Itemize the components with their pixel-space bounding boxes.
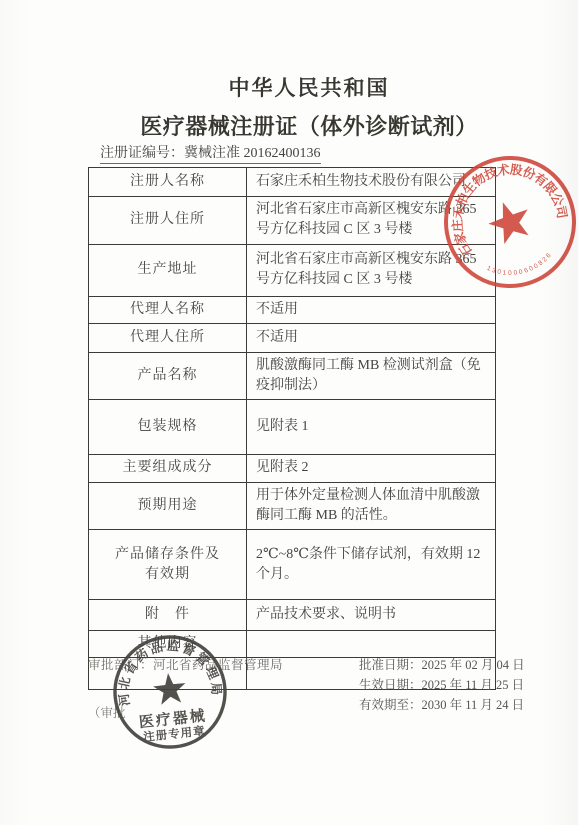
table-row-storage-validity: 产品储存条件及 有效期 2℃~8℃条件下储存试剂，有效期 12 个月。 — [89, 530, 496, 600]
field-label: 代理人名称 — [89, 296, 247, 323]
field-label: 产品名称 — [89, 352, 247, 400]
approval-date-label: 批准日期： — [359, 658, 422, 672]
certificate-title: 医疗器械注册证（体外诊断试剂） — [40, 110, 578, 141]
expiry-date-value: 2030 年 11 月 24 日 — [422, 698, 525, 712]
table-row-packaging-spec: 包装规格 见附表 1 — [89, 400, 496, 455]
registration-number-label: 注册证编号： — [100, 146, 184, 161]
certificate-page: 中华人民共和国 医疗器械注册证（体外诊断试剂） 注册证编号：冀械注准 20162… — [0, 0, 578, 825]
field-value: 河北省石家庄市高新区槐安东路 365 号方亿科技园 C 区 3 号楼 — [247, 197, 496, 245]
field-value: 石家庄禾柏生物技术股份有限公司 — [247, 168, 496, 197]
certificate-header: 中华人民共和国 医疗器械注册证（体外诊断试剂） — [40, 72, 578, 141]
field-label: 包装规格 — [89, 400, 247, 455]
field-label: 附 件 — [89, 600, 247, 631]
table-row-main-components: 主要组成成分 见附表 2 — [89, 455, 496, 482]
field-value: 不适用 — [247, 296, 496, 323]
field-value: 产品技术要求、说明书 — [247, 600, 496, 631]
effective-date-value: 2025 年 11 月 25 日 — [422, 678, 525, 692]
table-row-production-address: 生产地址 河北省石家庄市高新区槐安东路 365 号方亿科技园 C 区 3 号楼 — [89, 244, 496, 296]
field-value: 肌酸激酶同工酶 MB 检测试剂盒（免疫抑制法） — [247, 352, 496, 400]
date-block: 批准日期：2025 年 02 月 04 日 生效日期：2025 年 11 月 2… — [359, 655, 525, 715]
table-row-agent-address: 代理人住所 不适用 — [89, 323, 496, 352]
table-row-registrant-address: 注册人住所 河北省石家庄市高新区槐安东路 365 号方亿科技园 C 区 3 号楼 — [89, 197, 496, 245]
country-title: 中华人民共和国 — [40, 72, 578, 102]
authority-seal-line2: 注册专用章 — [143, 724, 207, 744]
field-value: 见附表 2 — [247, 455, 496, 482]
table-row-registrant-name: 注册人名称 石家庄禾柏生物技术股份有限公司 — [89, 168, 496, 197]
field-value — [247, 631, 496, 658]
field-label: 注册人住所 — [89, 197, 247, 245]
table-row-attachments: 附 件 产品技术要求、说明书 — [89, 600, 496, 631]
field-label: 主要组成成分 — [89, 455, 247, 482]
table-row-other-content: 其他内容 — [89, 631, 496, 658]
table-row-intended-use: 预期用途 用于体外定量检测人体血清中肌酸激酶同工酶 MB 的活性。 — [89, 482, 496, 530]
field-value: 不适用 — [247, 323, 496, 352]
expiry-date-label: 有效期至： — [359, 698, 422, 712]
expiry-date-line: 有效期至：2030 年 11 月 24 日 — [359, 695, 525, 715]
approval-date-value: 2025 年 02 月 04 日 — [422, 658, 525, 672]
approval-department-text: 审批部门：河北省药品监督管理局 — [88, 655, 283, 673]
field-label: 注册人名称 — [89, 168, 247, 197]
field-value: 用于体外定量检测人体血清中肌酸激酶同工酶 MB 的活性。 — [247, 482, 496, 530]
certificate-table: 注册人名称 石家庄禾柏生物技术股份有限公司 注册人住所 河北省石家庄市高新区槐安… — [88, 167, 496, 690]
registration-number-line: 注册证编号：冀械注准 20162400136 — [100, 142, 321, 162]
field-label: 代理人住所 — [89, 323, 247, 352]
field-label: 其他内容 — [89, 631, 247, 658]
field-label: 生产地址 — [89, 244, 247, 296]
effective-date-line: 生效日期：2025 年 11 月 25 日 — [359, 675, 525, 695]
partial-parenthetical-text: （审批 — [88, 703, 126, 721]
field-value: 见附表 1 — [247, 400, 496, 455]
table-row-agent-name: 代理人名称 不适用 — [89, 296, 496, 323]
approval-date-line: 批准日期：2025 年 02 月 04 日 — [359, 655, 525, 675]
table-row-product-name: 产品名称 肌酸激酶同工酶 MB 检测试剂盒（免疫抑制法） — [89, 352, 496, 400]
field-label: 预期用途 — [89, 482, 247, 530]
field-label: 产品储存条件及 有效期 — [89, 530, 247, 600]
authority-seal-line1: 医疗器械 — [138, 706, 208, 731]
field-value: 河北省石家庄市高新区槐安东路 365 号方亿科技园 C 区 3 号楼 — [247, 244, 496, 296]
field-value: 2℃~8℃条件下储存试剂，有效期 12 个月。 — [247, 530, 496, 600]
effective-date-label: 生效日期： — [359, 678, 422, 692]
registration-number-value: 冀械注准 20162400136 — [184, 146, 321, 161]
